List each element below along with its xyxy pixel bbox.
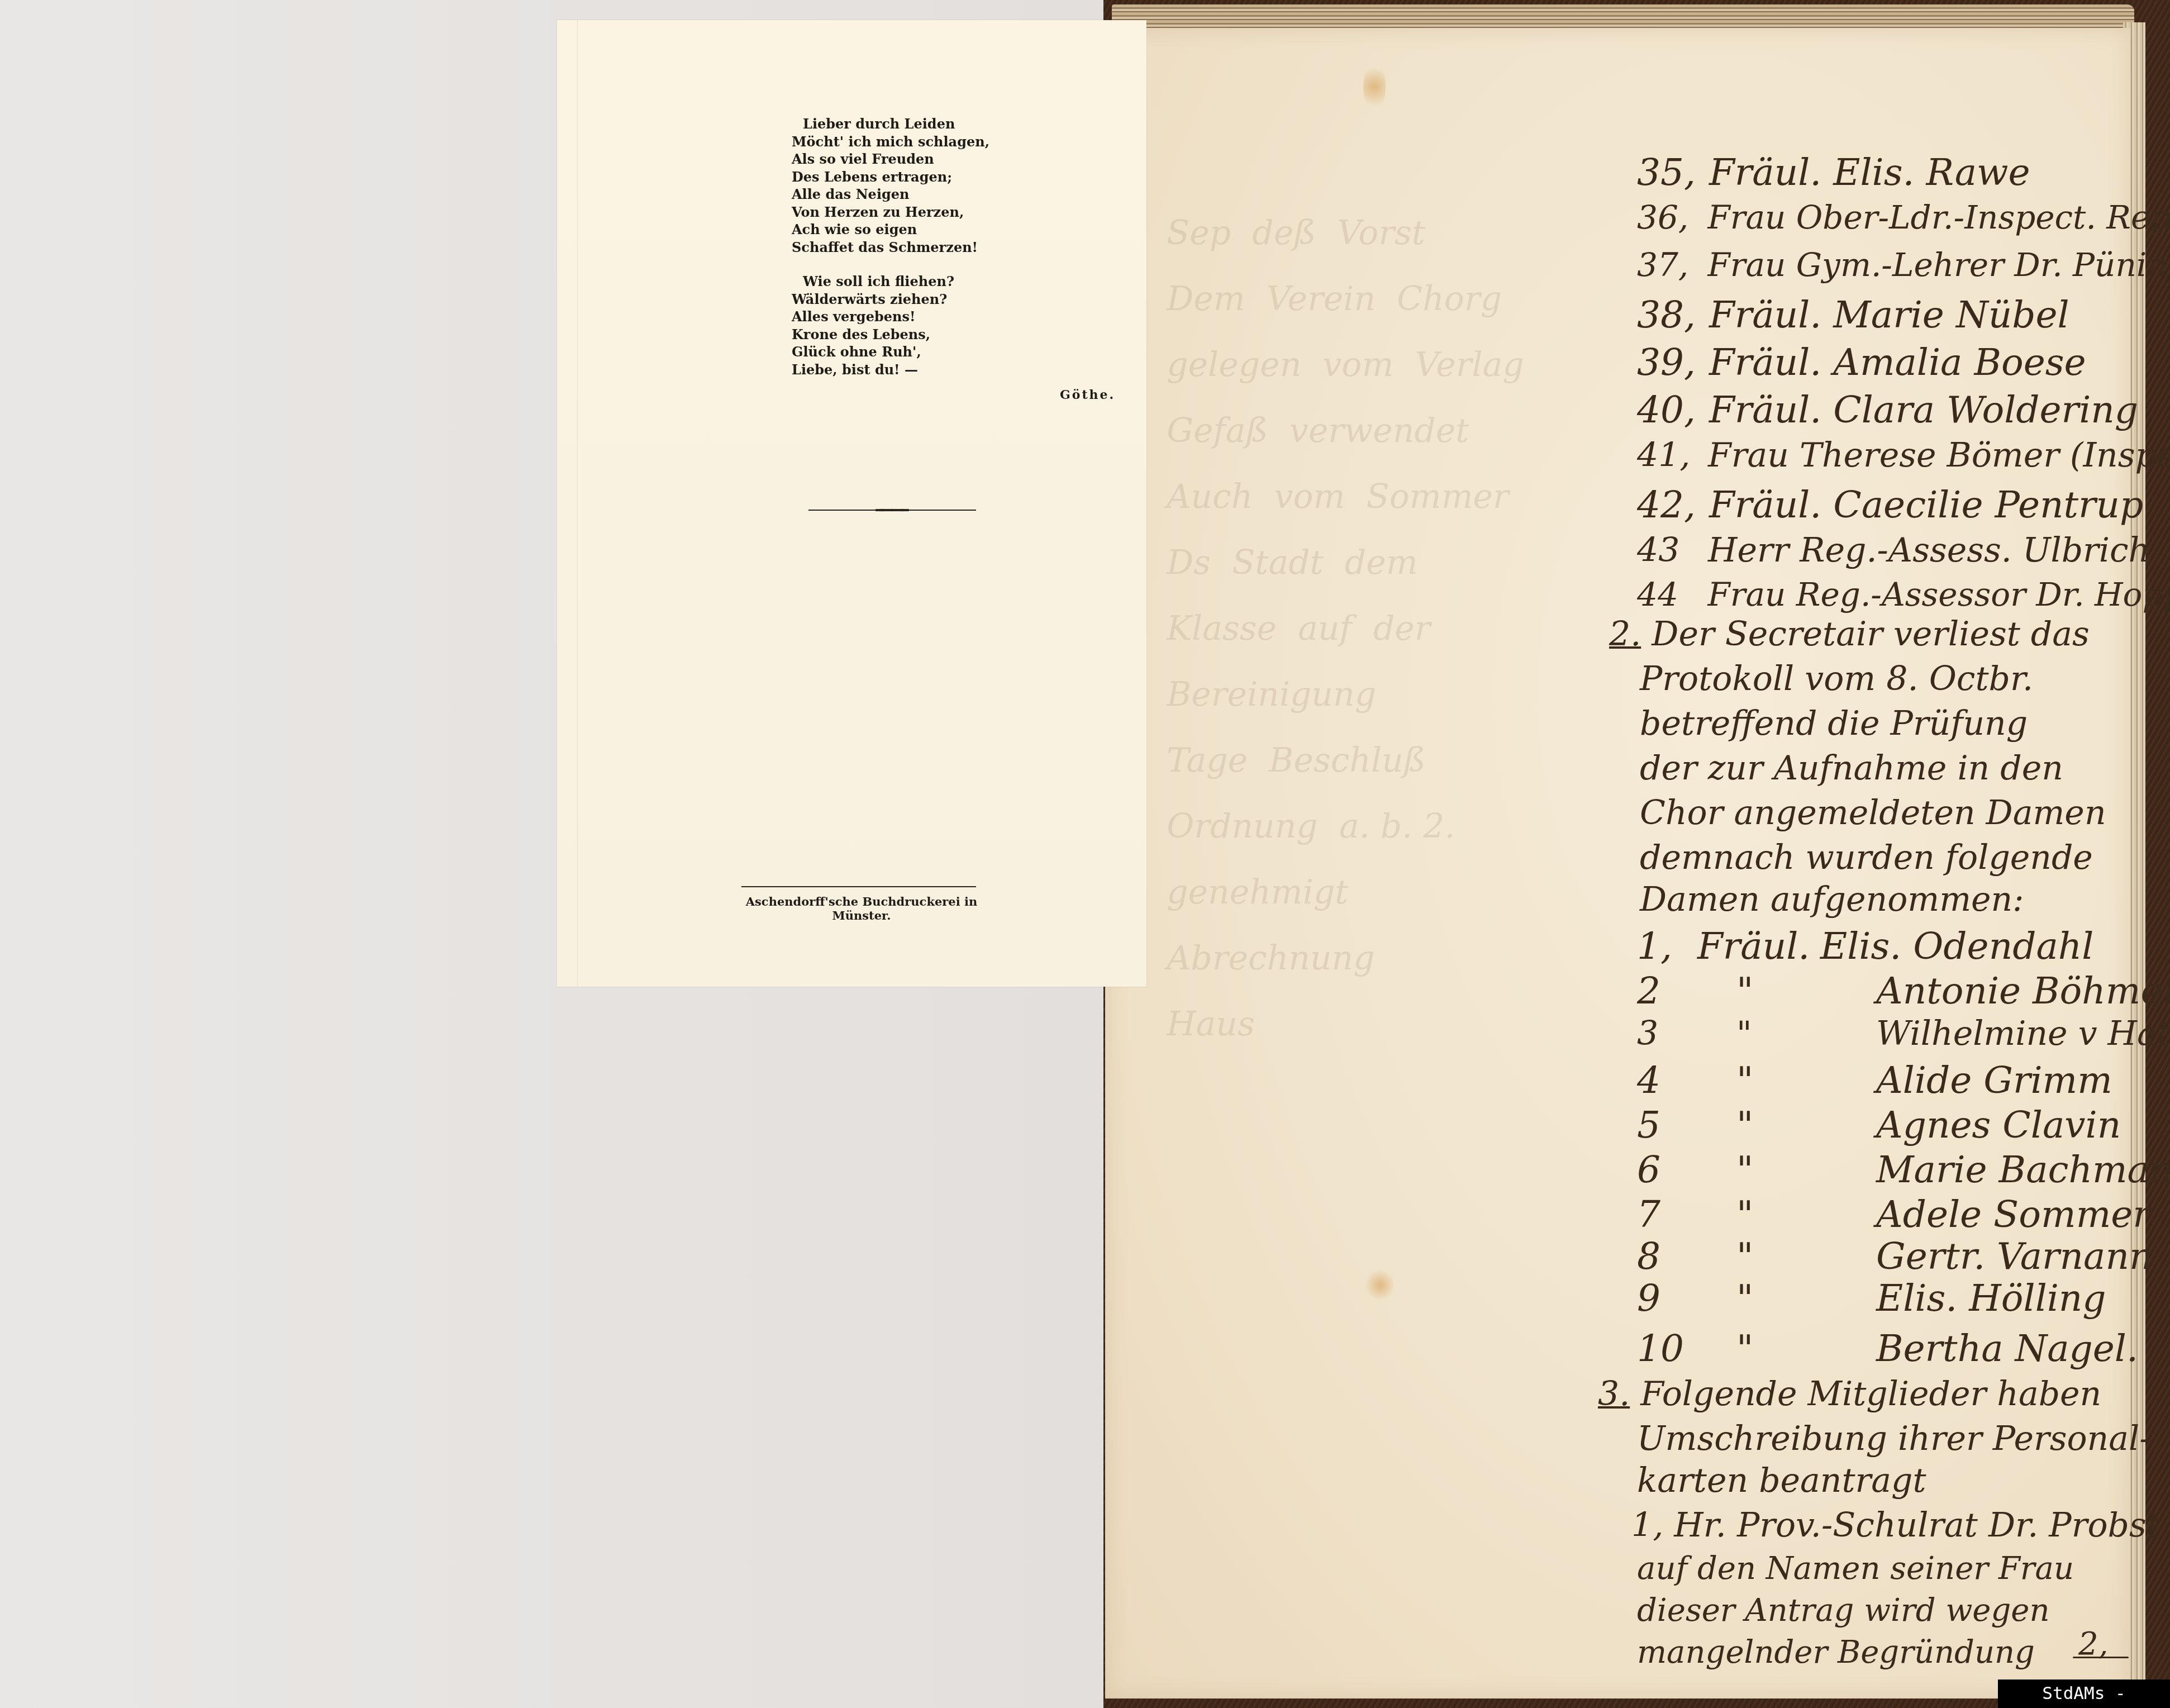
section-marker: 3. [1598,1374,1630,1414]
poem-line: Wälderwärts ziehen? [792,291,1043,308]
poem-line: Als so viel Freuden [792,150,1043,168]
entry-name: Elis. Odendahl [1820,925,2093,968]
entry-title: " [1697,969,1876,1012]
imprint-rule [741,886,976,887]
poem-line: Wie soll ich fliehen? [792,273,1043,291]
section-2-line: Protokoll vom 8. Octbr. [1640,659,2033,698]
entry-title: Fräul. [1709,483,1821,526]
section-2-line: Damen aufgenommen: [1640,880,2024,919]
entry-name: Marie Bachmann [1876,1148,2170,1191]
entry-number: 6 [1637,1148,1697,1191]
entry-name: Amalia Boese [1833,341,2086,384]
poem-line: Schaffet das Schmerzen! [792,239,1043,256]
entry-title: Fräul. [1709,388,1821,431]
section-3-line: 3. Folgende Mitglieder haben [1598,1374,2101,1414]
entry-number: 5 [1637,1103,1697,1146]
section-marker: 2. [1609,615,1641,654]
poem-line: Ach wie so eigen [792,221,1043,239]
section-3-line: 1, Hr. Prov.-Schulrat Dr. Probst [1631,1506,2160,1545]
new-member-entry: 1,Fräul.Elis. Odendahl [1637,925,2093,968]
entry-title: " [1697,1148,1876,1191]
entry-number: 4 [1637,1059,1697,1102]
entry-title: " [1697,1103,1876,1146]
section-text: Der Secretair verliest das [1652,615,2090,654]
section-text: Folgende Mitglieder haben [1640,1374,2101,1414]
new-member-entry: 4"Alide Grimm [1637,1059,2112,1102]
poem-author: Göthe. [1060,388,1115,402]
section-2-line: der zur Aufnahme in den [1640,749,2063,788]
poem-line: Liebe, bist du! — [792,361,1043,379]
section-3-line: karten beantragt [1637,1461,1926,1500]
member-entry: 37, Frau Gym.-Lehrer Dr. Püning [1637,246,2170,284]
entry-name: Reg.-Assess. Ulbrich [1800,531,2150,570]
new-member-entry: 10"Bertha Nagel. [1637,1327,2138,1370]
entry-title: " [1697,1014,1876,1053]
entry-title: Frau [1707,575,1786,613]
section-2-line: 2. Der Secretair verliest das [1609,615,2090,654]
entry-name: Ober-Ldr.-Inspect. Reps [1796,198,2170,236]
entry-title: Frau [1707,198,1786,236]
foxing-stain [1363,61,1386,112]
poem-stanza-2: Wie soll ich fliehen? Wälderwärts ziehen… [792,273,1043,378]
entry-name: Antonie Böhmer [1876,969,2170,1012]
member-entry: 43 Herr Reg.-Assess. Ulbrich [1637,531,2150,570]
paper-fold [577,20,578,987]
entry-number: 3 [1637,1014,1697,1053]
ornamental-rule [808,506,976,514]
ornament-knot-icon [875,507,909,513]
entry-title: Fräul. [1697,925,1820,968]
poem-line: Von Herzen zu Herzen, [792,203,1043,221]
entry-name: Gym.-Lehrer Dr. Püning [1796,246,2170,284]
printer-imprint: Aschendorff'sche Buchdruckerei in Münste… [739,895,984,922]
entry-name: Gertr. Varnann [1876,1235,2153,1278]
entry-number: 2 [1637,969,1697,1012]
entry-number: 43 [1637,531,1697,570]
page-number-underline [2073,1657,2129,1658]
entry-name: Agnes Clavin [1876,1103,2121,1146]
new-member-entry: 9"Elis. Hölling [1637,1277,2106,1320]
entry-title: " [1697,1059,1876,1102]
entry-name: Caecilie Pentrup [1833,483,2143,526]
entry-name: Adele Sommer [1876,1193,2150,1236]
printed-poem-sheet: Lieber durch Leiden Möcht' ich mich schl… [557,20,1146,987]
member-entry: 42, Fräul. Caecilie Pentrup [1637,483,2143,526]
section-2-line: demnach wurden folgende [1640,838,2093,877]
new-member-entry: 3"Wilhelmine v Hatzfeldt [1637,1014,2170,1053]
member-entry: 35, Fräul. Elis. Rawe [1637,151,2030,194]
entry-number: 44 [1637,575,1697,613]
section-2-line: Chor angemeldeten Damen [1640,793,2106,832]
entry-number: 1, [1637,925,1697,968]
entry-number: 10 [1637,1327,1697,1370]
entry-number: 38, [1637,293,1697,336]
entry-title: " [1697,1235,1876,1278]
entry-number: 39, [1637,341,1697,384]
entry-title: Frau [1708,436,1789,475]
entry-number: 41, [1637,436,1697,475]
member-entry: 40, Fräul. Clara Woldering [1637,388,2138,431]
entry-name: Bertha Nagel. [1876,1327,2138,1370]
poem-line: Glück ohne Ruh', [792,343,1043,361]
section-2-line: betreffend die Prüfung [1640,704,2028,743]
entry-title: Herr [1708,531,1789,570]
entry-number: 37, [1637,246,1697,284]
entry-name: Alide Grimm [1876,1059,2112,1102]
member-entry: 39, Fräul. Amalia Boese [1637,341,2086,384]
member-entry: 38, Fräul. Marie Nübel [1637,293,2069,336]
new-member-entry: 7"Adele Sommer [1637,1193,2150,1236]
entry-name: Therese Bömer (Inspector) [1800,436,2170,475]
entry-number: 9 [1637,1277,1697,1320]
entry-name: Marie Nübel [1833,293,2069,336]
entry-number: 40, [1637,388,1697,431]
poem-stanza-1: Lieber durch Leiden Möcht' ich mich schl… [792,115,1043,256]
poem: Lieber durch Leiden Möcht' ich mich schl… [792,115,1043,395]
entry-number: 35, [1637,151,1697,194]
poem-line: Alle das Neigen [792,185,1043,203]
new-member-entry: 6"Marie Bachmann [1637,1148,2170,1191]
section-3-line: mangelnder Begründung [1637,1634,2035,1671]
entry-title: Fräul. [1709,151,1821,194]
member-entry: 44 Frau Reg.-Assessor Dr. Hoppe [1637,575,2170,613]
entry-title: Frau [1707,246,1786,284]
entry-name: Wilhelmine v Hatzfeldt [1876,1014,2170,1053]
member-entry: 41, Frau Therese Bömer (Inspector) [1637,436,2170,475]
poem-line: Krone des Lebens, [792,326,1043,344]
entry-number: 8 [1637,1235,1697,1278]
section-3-line: auf den Namen seiner Frau [1637,1550,2074,1587]
entry-name: Elis. Rawe [1833,151,2030,194]
poem-line: Alles vergebens! [792,308,1043,326]
bleed-through-text: Sep deß Vorst Dem Verein Chorg gelegen v… [1145,134,1592,1643]
entry-title: " [1697,1193,1876,1236]
archive-caption: StdAMs - MV_003_011 [1998,1680,2170,1708]
entry-name: Clara Woldering [1833,388,2138,431]
entry-title: Fräul. [1709,293,1821,336]
entry-number: 36, [1637,198,1697,236]
poem-line: Des Lebens ertragen; [792,168,1043,186]
section-3-line: Umschreibung ihrer Personal- [1637,1419,2150,1458]
member-entry: 36, Frau Ober-Ldr.-Inspect. Reps [1637,198,2170,236]
entry-title: " [1697,1327,1876,1370]
section-3-line: dieser Antrag wird wegen [1637,1592,2050,1629]
new-member-entry: 2"Antonie Böhmer [1637,969,2170,1012]
entry-name: Elis. Hölling [1876,1277,2106,1320]
new-member-entry: 5"Agnes Clavin [1637,1103,2121,1146]
poem-line: Möcht' ich mich schlagen, [792,133,1043,151]
new-member-entry: 8"Gertr. Varnann [1637,1235,2153,1278]
poem-line: Lieber durch Leiden [792,115,1043,133]
entry-name: Reg.-Assessor Dr. Hoppe [1796,575,2170,613]
entry-title: " [1697,1277,1876,1320]
entry-number: 7 [1637,1193,1697,1236]
entry-title: Fräul. [1709,341,1821,384]
entry-number: 42, [1637,483,1697,526]
